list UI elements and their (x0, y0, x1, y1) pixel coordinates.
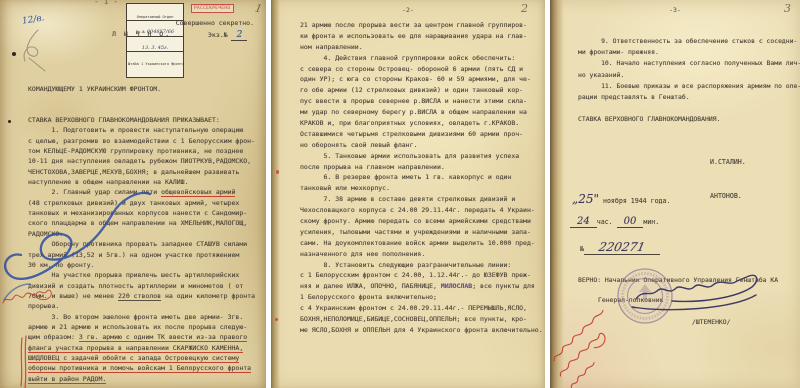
text-line: Чехословацкого корпуса с 24.00 29.11.44г… (300, 205, 543, 216)
certified-line: ВЕРНО: Начальник Оперативного Управления… (578, 276, 778, 284)
scan-edge (550, 0, 564, 388)
text-line: КОМАНДУЮЩЕМУ 1 УКРАИНСКИМ ФРОНТОМ. (28, 84, 255, 94)
text-line: 30 км. по фронту. (28, 260, 255, 270)
text-line: ки фронта и использовать ее для наращива… (300, 31, 543, 42)
date-handwritten: „25" (572, 192, 599, 206)
secrecy-label: Совершенно секретно. (176, 19, 254, 27)
stamp-front: Штаба 1 Украинского фронта (127, 62, 183, 68)
text-line: назначенного для нее пополнения. (300, 249, 543, 260)
text-line (578, 103, 800, 114)
text-line: 21 армию после прорыва вести за центром … (300, 20, 543, 31)
text-line: СТАВКА ВЕРХОВНОГО ГЛАВНОКОМАНДОВАНИЯ. (578, 114, 800, 125)
page-3: -3- 3 9. Ответственность за обеспечение … (550, 0, 800, 388)
text-line: БОХНЯ,НЕПОЛОМИЦЕ,БИБИЦЕ,СОСНОВЕЦ,ОППЕЛЬН… (300, 314, 543, 325)
text-line: ЧЕНСТОХОВА,ЗАВЕРЦЕ,МЕХУВ,БОХНЯ; в дальне… (28, 167, 255, 177)
text-line: с севера со стороны Островец- обороной 6… (300, 64, 543, 75)
text-line: рации представлять в Генштаб. (578, 92, 800, 103)
text-line: 10-11 дня наступления овладеть рубежом П… (28, 156, 255, 166)
blue-ink-note: 12/в. (21, 13, 45, 26)
shtemenko-name: /ШТЕМЕНКО/ (692, 318, 730, 326)
red-handwritten-annotation (550, 310, 629, 388)
text-line: (48 стрелковых дивизий) и двух танковых … (28, 198, 255, 208)
stamp-department: Оперативный Отдел (127, 14, 183, 21)
text-line: ме ЯСЛО,БОХНЯ и ОППЕЛЬН для 4 Украинског… (300, 325, 543, 336)
text-line: с 4 Украинским фронтом с 24.00.29.11.44г… (300, 303, 543, 314)
text-line: 6. В резерве фронта иметь 1 гв. кавкорпу… (300, 172, 543, 183)
text-line: 9. Ответственность за обеспечение стыков… (578, 36, 800, 47)
text-line: 10. Начало наступления согласно полученн… (578, 58, 800, 69)
directive-number-line: №220271 (580, 240, 660, 255)
text-line: но оборонять свой левый фланг. (300, 140, 543, 151)
text-line: ского плацдарма в общем направлении на Х… (28, 218, 255, 228)
directive-number-value: 220271 (598, 240, 647, 254)
text-line: 3. Во втором эшелоне фронта иметь две ар… (28, 312, 255, 322)
text-line: няя и далее ИЛЖА, ОПОЧНО, ПАБЯНИЦЕ, МИЛО… (300, 281, 543, 292)
rank-line: Генерал-полковник (598, 296, 663, 304)
text-line: пус ввести в прорыв севернее р.ВИСЛА и н… (300, 96, 543, 107)
page3-corner-number: 3 (784, 2, 791, 15)
red-ink-speck (276, 170, 279, 174)
declassified-stamp: РАССЕКРЕЧЕНО (191, 4, 234, 13)
text-line: 11. Боевые приказы и все распоряжения ар… (578, 81, 800, 92)
page3-number: -3- (550, 6, 800, 14)
text-line: обороны противника и помочь войскам 1 Бе… (28, 363, 255, 373)
text-line: Оборону противника прорвать западнее СТА… (28, 239, 255, 249)
text-line: 5. Танковые армии использовать для разви… (300, 151, 543, 162)
text-line: 7. 38 армию в составе девяти стрелковых … (300, 194, 543, 205)
text-line: после прорыва на главном направлении. (300, 162, 543, 173)
text-line: КРАКОВ и, при благоприятных условиях, ов… (300, 118, 543, 129)
minutes-handwritten: 00 (624, 216, 637, 227)
text-line: дивизий и создать плотность артиллерии и… (28, 281, 255, 291)
page2-number: -2- (271, 6, 545, 14)
text-line: но указаний. (578, 70, 800, 81)
copy-number: Экз.№ 2 (208, 30, 247, 41)
text-line: го обе армии (12 стрелковых дивизий) и о… (300, 85, 543, 96)
time-line: 24час. 00мин. (570, 216, 659, 228)
signature-stalin: И.СТАЛИН. (710, 158, 746, 176)
page1-top-mark: - 1 - (94, 0, 118, 6)
page-1: - 1 - 12/в. 1 Оперативный Отдел Вх.№ 004… (0, 0, 266, 388)
date-line: „25" ноября 1944 года. (572, 192, 670, 206)
registration-stamp: Оперативный Отдел Вх.№ 004857/66 13. 3. … (126, 3, 184, 78)
paper-speck (8, 120, 11, 123)
text-line: 4. Действия главной группировки войск об… (300, 53, 543, 64)
red-margin-line (21, 336, 26, 388)
text-line: один УР); с юга со стороны Краков- 60 и … (300, 74, 543, 85)
paper-speck (12, 52, 16, 56)
text-line: 1 Белорусского фронта включительно; (300, 292, 543, 303)
text-line: ми фронтами- прежняя. (578, 47, 800, 58)
text-line: На участке прорыва привлечь шесть артилл… (28, 270, 255, 280)
text-line (28, 94, 255, 104)
red-ink-speck (275, 318, 278, 321)
text-line: прорыва. (28, 301, 255, 311)
scan-edge (271, 0, 280, 388)
text-line (28, 105, 255, 115)
text-line: фланга участка прорыва в направлении СКА… (28, 343, 255, 353)
text-line: усиления, тыловыми частями и учреждениям… (300, 227, 543, 238)
text-line: с 1 Белорусским фронтом с 24.00, 1.12.44… (300, 270, 543, 281)
text-line: трех армий (13,52 и 5гв.) на одном участ… (28, 250, 255, 260)
page1-corner-number: 1 (254, 1, 264, 15)
text-line: щим образом: 3 гв. армию с одним ТК ввес… (28, 332, 255, 342)
page-2: -2- 2 21 армию после прорыва вести за це… (271, 0, 545, 388)
text-line: СТАВКА ВЕРХОВНОГО ГЛАВНОКОМАНДОВАНИЯ ПРИ… (28, 115, 255, 125)
text-line: ном направлении. (300, 42, 543, 53)
text-line: 1. Подготовить и провести наступательную… (28, 125, 255, 135)
text-line: 76мм. и выше) не менее 220 стволов на од… (28, 291, 255, 301)
text-line: Оставшимися четырьмя стрелковыми дивизия… (300, 129, 543, 140)
hours-handwritten: 24 (577, 216, 590, 227)
page1-body: КОМАНДУЮЩЕМУ 1 УКРАИНСКИМ ФРОНТОМ. СТАВК… (28, 84, 255, 384)
signature-block: И.СТАЛИН. АНТОНОВ. (710, 142, 746, 226)
text-line: ми удар по северному берегу р.ВИСЛА в об… (300, 107, 543, 118)
page3-body: 9. Ответственность за обеспечение стыков… (578, 36, 800, 126)
signature-antonov: АНТОНОВ. (710, 192, 746, 210)
page2-body: 21 армию после прорыва вести за центром … (300, 20, 543, 336)
pencil-flourish (24, 30, 45, 71)
text-line: 8. Установить следующие разграничительны… (300, 260, 543, 271)
copy-number-value: 2 (231, 30, 247, 41)
page2-corner-number: 2 (521, 2, 528, 15)
text-line: сами. На доукомплектование войск армии в… (300, 238, 543, 249)
document-scan: - 1 - 12/в. 1 Оперативный Отдел Вх.№ 004… (0, 0, 800, 388)
text-line: с целью, разгромив во взаимодействии с 1… (28, 136, 255, 146)
text-line: скому фронту. Армию передать со всеми ар… (300, 216, 543, 227)
lichno-label: Л И Ч Н О. (112, 30, 171, 38)
text-line: РАДОМСКО. (28, 229, 255, 239)
text-line: ШИДЛОВЕЦ с задачей обойти с запада Остро… (28, 353, 255, 363)
text-line: армию и 21 армию и использовать их после… (28, 322, 255, 332)
text-line: 2. Главный удар силами пяти общевойсковы… (28, 187, 255, 197)
stamp-date: 13. 3. 45г. (127, 46, 183, 53)
text-line: наступление в общем направлении на КАЛИШ… (28, 177, 255, 187)
text-line: выйти в район РАДОМ. (28, 374, 255, 384)
text-line: том КЕЛЬЦЕ-РАДОМСКУЮ группировку противн… (28, 146, 255, 156)
text-line: танковый или мехкорпус. (300, 183, 543, 194)
text-line: танковых и механизированных корпусов нан… (28, 208, 255, 218)
